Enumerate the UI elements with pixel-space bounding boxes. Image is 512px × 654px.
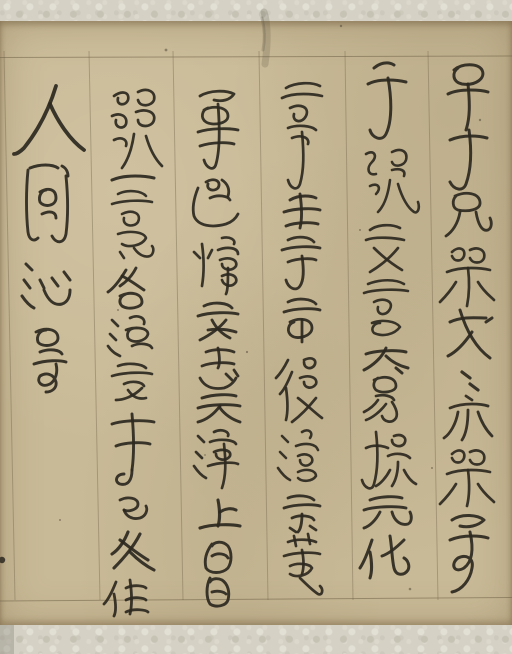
glyph-stroke xyxy=(40,350,62,354)
glyph-stroke xyxy=(194,252,200,258)
glyph-stroke xyxy=(462,410,468,440)
glyph-stroke xyxy=(132,344,152,348)
glyph-stroke xyxy=(370,248,398,272)
glyph-stroke xyxy=(288,496,314,500)
glyph-stroke xyxy=(212,554,228,558)
glyph-stroke xyxy=(450,404,488,408)
calligraphy-layer xyxy=(0,0,512,654)
glyph-stroke xyxy=(450,536,488,540)
glyph-stroke xyxy=(376,470,390,486)
glyph-stroke xyxy=(440,484,456,504)
glyph-stroke xyxy=(52,176,68,242)
glyph-stroke xyxy=(294,536,296,546)
glyph-stroke xyxy=(470,450,484,464)
glyph-stroke xyxy=(282,94,322,98)
ruling-line xyxy=(259,51,268,600)
glyph-stroke xyxy=(50,104,84,150)
paper-speck xyxy=(117,309,119,311)
glyph-stroke xyxy=(208,250,212,258)
glyph-stroke xyxy=(368,280,404,284)
glyph-stroke xyxy=(440,282,456,302)
glyph-stroke xyxy=(392,150,406,166)
glyph-stroke xyxy=(214,450,230,460)
glyph-stroke xyxy=(302,430,311,438)
glyph-stroke xyxy=(196,452,202,458)
glyph-stroke xyxy=(444,412,458,438)
paper-speck xyxy=(409,588,412,591)
glyph-stroke xyxy=(370,225,400,230)
paper-speck xyxy=(165,49,168,52)
glyph-stroke xyxy=(27,170,39,240)
glyph-stroke xyxy=(218,248,238,254)
glyph-stroke xyxy=(300,578,322,594)
glyph-stroke xyxy=(134,246,153,257)
glyph-stroke xyxy=(138,90,154,105)
glyph-stroke xyxy=(114,138,126,146)
glyph-stroke xyxy=(310,526,316,530)
glyph-stroke xyxy=(226,268,228,294)
ruling-line xyxy=(4,51,15,600)
glyph-stroke xyxy=(386,356,408,368)
glyph-stroke xyxy=(398,184,419,212)
ink-smudge xyxy=(262,18,264,50)
glyph-stroke xyxy=(214,430,228,436)
glyph-stroke xyxy=(118,232,146,246)
glyph-stroke xyxy=(22,296,34,308)
glyph-stroke xyxy=(290,106,307,121)
glyph-stroke xyxy=(284,309,320,312)
glyph-stroke xyxy=(117,470,132,484)
glyph-stroke xyxy=(288,299,316,304)
glyph-stroke xyxy=(204,104,219,168)
glyph-stroke xyxy=(282,247,320,250)
glyph-stroke xyxy=(40,280,44,288)
glyph-stroke xyxy=(364,290,408,293)
glyph-stroke xyxy=(220,509,236,512)
glyph-stroke xyxy=(467,268,469,306)
screenshot-root: { "scroll": { "description": "Section of… xyxy=(0,0,512,654)
glyph-stroke xyxy=(308,534,310,544)
glyph-stroke xyxy=(218,348,220,368)
glyph-stroke xyxy=(388,454,410,458)
glyph-stroke xyxy=(220,408,240,422)
glyph-stroke xyxy=(118,364,146,368)
paper-speck xyxy=(431,467,433,469)
ruling-line xyxy=(0,56,512,58)
glyph-stroke xyxy=(42,212,56,218)
glyph-stroke xyxy=(112,320,118,326)
glyph-stroke xyxy=(370,185,379,194)
glyph-stroke xyxy=(194,466,206,478)
glyph-stroke xyxy=(120,293,142,308)
glyph-stroke xyxy=(446,212,460,236)
glyph-stroke xyxy=(108,270,126,292)
glyph-stroke xyxy=(452,249,464,261)
glyph-stroke xyxy=(370,552,372,578)
glyph-stroke xyxy=(234,370,238,376)
glyph-stroke xyxy=(62,166,68,176)
glyph-stroke xyxy=(288,540,316,542)
glyph-stroke xyxy=(462,372,470,378)
glyph-stroke xyxy=(36,329,58,345)
glyph-stroke xyxy=(120,498,138,511)
glyph-stroke xyxy=(298,454,312,465)
edge-partial-stroke xyxy=(0,557,5,563)
glyph-stroke xyxy=(112,373,152,376)
glyph-stroke xyxy=(114,594,116,616)
ruling-line xyxy=(428,51,438,600)
glyph-stroke xyxy=(110,334,116,340)
glyph-stroke xyxy=(452,532,472,592)
glyph-stroke xyxy=(292,136,308,144)
glyph-stroke xyxy=(290,196,316,200)
glyph-stroke xyxy=(298,470,316,481)
glyph-stroke xyxy=(372,321,400,335)
glyph-stroke xyxy=(452,451,464,463)
glyph-stroke xyxy=(112,176,154,180)
glyph-stroke xyxy=(226,374,232,380)
glyph-stroke xyxy=(14,86,56,154)
glyph-stroke xyxy=(478,282,494,300)
glyph-stroke xyxy=(202,244,204,286)
glyph-stroke xyxy=(52,278,58,286)
glyph-stroke xyxy=(44,290,70,304)
glyph-stroke xyxy=(126,328,148,342)
glyph-stroke xyxy=(366,152,376,174)
glyph-stroke xyxy=(364,400,378,412)
glyph-stroke xyxy=(30,165,58,168)
glyph-stroke xyxy=(452,515,484,526)
glyph-stroke xyxy=(202,395,236,398)
glyph-stroke xyxy=(124,382,144,386)
glyph-stroke xyxy=(222,237,234,244)
glyph-stroke xyxy=(288,126,316,130)
glyph-stroke xyxy=(288,237,314,242)
glyph-stroke xyxy=(476,212,491,230)
glyph-stroke xyxy=(24,280,30,288)
glyph-stroke xyxy=(453,193,480,210)
glyph-stroke xyxy=(296,444,318,450)
ruling-line xyxy=(89,51,100,600)
paper-speck xyxy=(204,454,206,456)
glyph-stroke xyxy=(276,360,288,378)
glyph-stroke xyxy=(370,497,402,500)
glyph-stroke xyxy=(364,512,380,528)
glyph-stroke xyxy=(112,201,152,204)
glyph-stroke xyxy=(396,368,402,373)
glyph-stroke xyxy=(39,189,56,205)
glyph-stroke xyxy=(374,300,391,314)
glyph-stroke xyxy=(288,319,312,337)
glyph-stroke xyxy=(450,318,486,322)
glyph-stroke xyxy=(198,313,238,316)
glyph-stroke xyxy=(374,63,394,68)
glyph-stroke xyxy=(34,361,66,364)
glyph-stroke xyxy=(280,452,286,458)
glyph-stroke xyxy=(26,264,32,270)
glyph-stroke xyxy=(374,377,396,392)
glyph-stroke xyxy=(366,238,404,240)
glyph-stroke xyxy=(108,346,120,356)
glyph-stroke xyxy=(193,188,238,226)
glyph-stroke xyxy=(478,484,494,502)
glyph-stroke xyxy=(288,132,303,188)
glyph-stroke xyxy=(39,364,57,392)
glyph-stroke xyxy=(206,180,219,190)
glyph-stroke xyxy=(208,463,238,466)
glyph-stroke xyxy=(210,196,230,200)
glyph-stroke xyxy=(126,610,148,612)
glyph-stroke xyxy=(362,432,377,488)
glyph-stroke xyxy=(120,252,124,258)
glyph-stroke xyxy=(286,388,288,420)
glyph-stroke xyxy=(282,436,288,442)
ruling-line xyxy=(0,598,512,602)
glyph-stroke xyxy=(448,332,472,356)
glyph-stroke xyxy=(200,525,240,528)
glyph-stroke xyxy=(212,591,226,594)
paper-speck xyxy=(479,119,481,121)
glyph-stroke xyxy=(118,191,146,196)
glyph-stroke xyxy=(392,169,404,176)
glyph-stroke xyxy=(202,107,228,124)
glyph-stroke xyxy=(200,143,234,146)
glyph-stroke xyxy=(198,436,204,442)
glyph-stroke xyxy=(112,114,126,127)
glyph-stroke xyxy=(470,384,478,390)
glyph-stroke xyxy=(300,376,316,387)
glyph-stroke xyxy=(222,180,229,196)
paper-speck xyxy=(246,351,248,353)
glyph-stroke xyxy=(404,470,416,484)
glyph-stroke xyxy=(454,65,483,85)
ruling-line xyxy=(345,51,353,600)
glyph-stroke xyxy=(364,507,406,510)
glyph-stroke xyxy=(278,468,290,480)
glyph-stroke xyxy=(290,528,296,532)
glyph-stroke xyxy=(130,316,144,324)
glyph-stroke xyxy=(390,536,409,574)
glyph-stroke xyxy=(122,212,139,226)
glyph-stroke xyxy=(392,512,411,524)
glyph-stroke xyxy=(302,550,304,574)
glyph-stroke xyxy=(286,83,320,88)
glyph-stroke xyxy=(136,110,154,126)
paper-speck xyxy=(359,229,361,231)
glyph-stroke xyxy=(114,93,128,105)
glyph-stroke xyxy=(392,462,398,486)
glyph-stroke xyxy=(200,91,234,101)
glyph-stroke xyxy=(146,136,162,166)
glyph-stroke xyxy=(126,586,146,588)
paper-speck xyxy=(59,519,61,521)
glyph-stroke xyxy=(204,303,232,308)
glyph-stroke xyxy=(64,272,70,280)
glyph-stroke xyxy=(478,412,492,436)
ruling-line xyxy=(173,51,183,600)
glyph-stroke xyxy=(284,505,320,508)
glyph-stroke xyxy=(304,358,315,368)
paper-speck xyxy=(340,25,342,27)
glyph-stroke xyxy=(392,435,405,446)
glyph-stroke xyxy=(370,78,391,138)
glyph-stroke xyxy=(470,248,484,262)
glyph-stroke xyxy=(378,180,390,212)
glyph-stroke xyxy=(467,470,469,506)
glyph-stroke xyxy=(466,396,472,400)
